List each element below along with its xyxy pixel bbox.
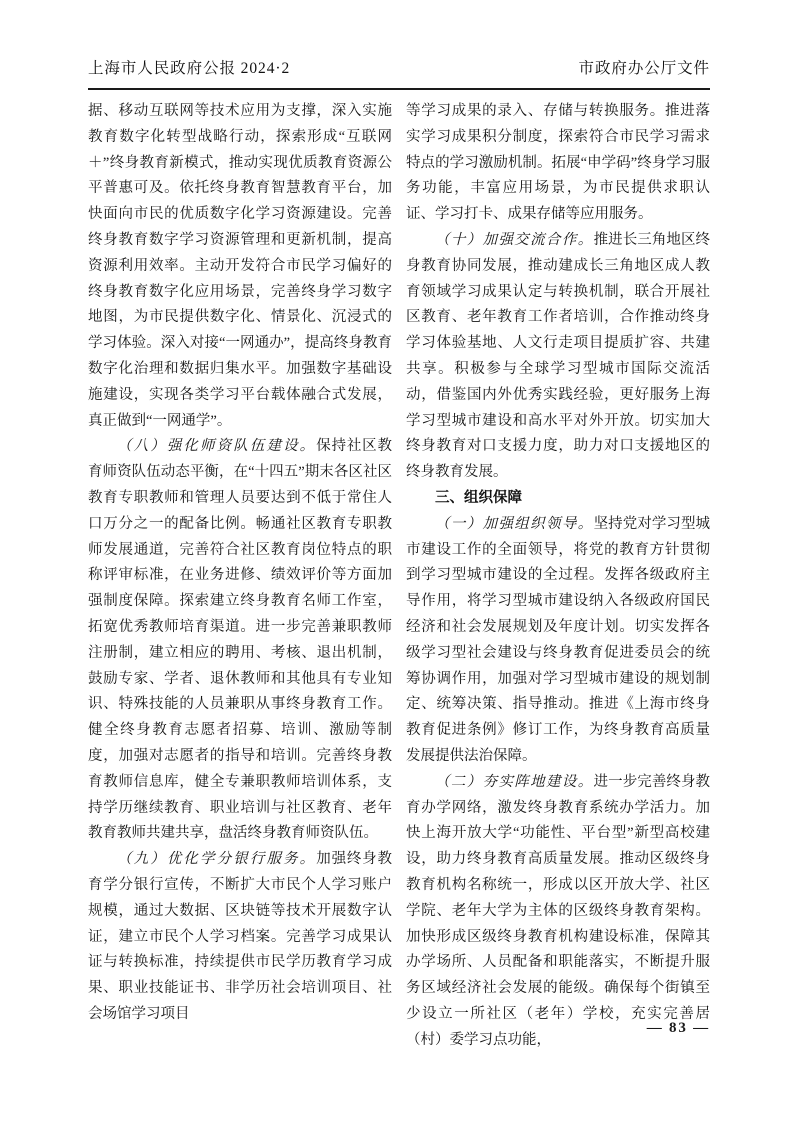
paragraph-text: 进一步完善终身教育办学网络，激发终身教育系统办学活力。加快上海开放大学“功能性、… bbox=[406, 774, 710, 1048]
paragraph-text: 保持社区教育师资队伍动态平衡，在“十四五”期末各区社区教育专职教师和管理人员要达… bbox=[88, 438, 392, 841]
document-category: 市政府办公厅文件 bbox=[579, 56, 710, 78]
body-paragraph-continuation: 据、移动互联网等技术应用为支撑，深入实施教育数字化转型战略行动，探索形成“互联网… bbox=[88, 99, 392, 434]
paragraph-text: 据、移动互联网等技术应用为支撑，深入实施教育数字化转型战略行动，探索形成“互联网… bbox=[88, 103, 392, 429]
document-page: 上海市人民政府公报 2024·2 市政府办公厅文件 据、移动互联网等技术应用为支… bbox=[0, 0, 793, 1122]
left-column: 据、移动互联网等技术应用为支撑，深入实施教育数字化转型战略行动，探索形成“互联网… bbox=[88, 99, 392, 1053]
body-paragraph: （九）优化学分银行服务。加强终身教育学分银行宣传，不断扩大市民个人学习账户规模，… bbox=[88, 847, 392, 1028]
paragraph-text: 坚持党对学习型城市建设工作的全面领导，将党的教育方针贯彻到学习型城市建设的全过程… bbox=[406, 516, 710, 764]
document-body: 据、移动互联网等技术应用为支撑，深入实施教育数字化转型战略行动，探索形成“互联网… bbox=[88, 99, 710, 1053]
gazette-title: 上海市人民政府公报 2024·2 bbox=[88, 56, 290, 78]
page-footer: — 83 — bbox=[88, 1020, 710, 1037]
paragraph-lead: （二）夯实阵地建设。 bbox=[435, 774, 594, 790]
right-column: 等学习成果的录入、存储与转换服务。推进落实学习成果积分制度，探索符合市民学习需求… bbox=[406, 99, 710, 1053]
paragraph-text: 加强终身教育学分银行宣传，不断扩大市民个人学习账户规模，通过大数据、区块链等技术… bbox=[88, 851, 392, 1022]
page-number: — 83 — bbox=[647, 1020, 710, 1036]
body-paragraph: （一）加强组织领导。坚持党对学习型城市建设工作的全面领导，将党的教育方针贯彻到学… bbox=[406, 512, 710, 770]
paragraph-text: 等学习成果的录入、存储与转换服务。推进落实学习成果积分制度，探索符合市民学习需求… bbox=[406, 103, 710, 222]
section-heading: 三、组织保障 bbox=[406, 486, 710, 512]
paragraph-lead: （一）加强组织领导。 bbox=[435, 516, 594, 532]
paragraph-lead: （八）强化师资队伍建设。 bbox=[117, 438, 316, 454]
paragraph-text: 推进长三角地区终身教育协同发展，推动建成长三角地区成人教育领域学习成果认定与转换… bbox=[406, 232, 710, 480]
paragraph-lead: （十）加强交流合作。 bbox=[435, 232, 594, 248]
paragraph-lead: （九）优化学分银行服务。 bbox=[117, 851, 316, 867]
body-paragraph: （八）强化师资队伍建设。保持社区教育师资队伍动态平衡，在“十四五”期末各区社区教… bbox=[88, 434, 392, 847]
body-paragraph: （十）加强交流合作。推进长三角地区终身教育协同发展，推动建成长三角地区成人教育领… bbox=[406, 228, 710, 486]
header-rule bbox=[88, 88, 710, 90]
body-paragraph: （二）夯实阵地建设。进一步完善终身教育办学网络，激发终身教育系统办学活力。加快上… bbox=[406, 770, 710, 1054]
body-paragraph-continuation: 等学习成果的录入、存储与转换服务。推进落实学习成果积分制度，探索符合市民学习需求… bbox=[406, 99, 710, 228]
page-header: 上海市人民政府公报 2024·2 市政府办公厅文件 bbox=[88, 56, 710, 78]
